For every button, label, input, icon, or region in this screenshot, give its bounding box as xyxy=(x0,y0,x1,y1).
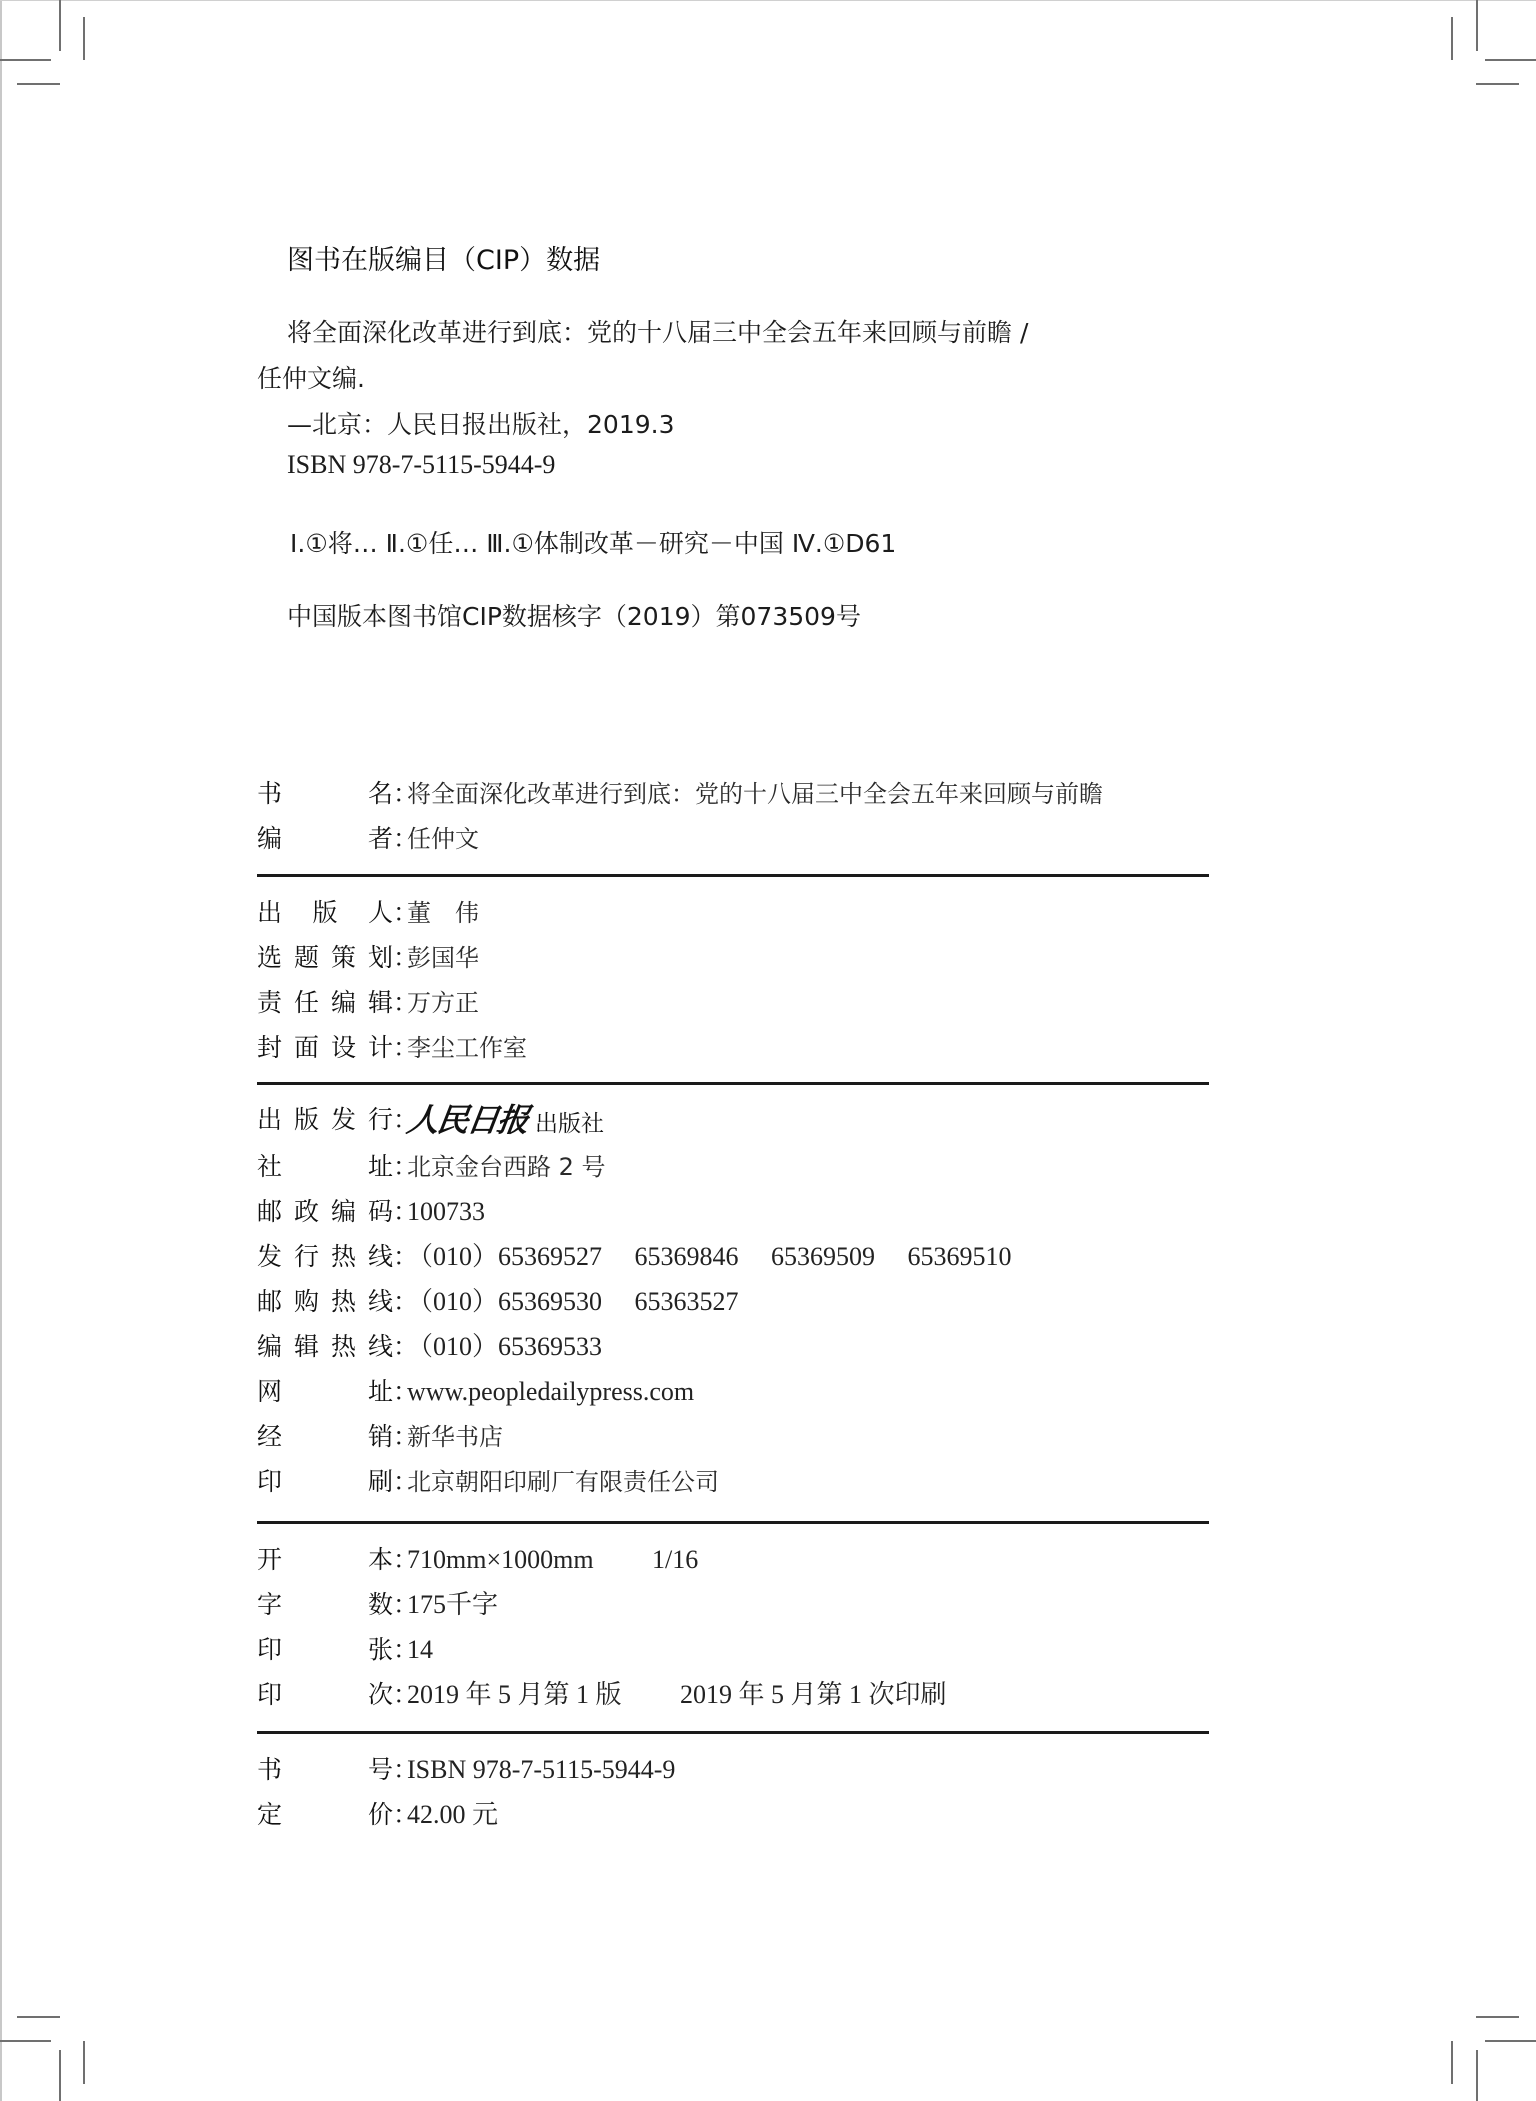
field-value: （010）65369533 xyxy=(407,1330,602,1364)
imprint-row-price: 定价：42.00 元 xyxy=(257,1798,498,1832)
field-label: 字数 xyxy=(257,1588,393,1622)
imprint-row-editor: 编者：任仲文 xyxy=(257,822,479,856)
field-value: 将全面深化改革进行到底：党的十八届三中全会五年来回顾与前瞻 xyxy=(407,777,1103,811)
field-value: 万方正 xyxy=(407,986,479,1020)
field-value: 42.00 元 xyxy=(407,1798,498,1832)
cip-title-line: 将全面深化改革进行到底：党的十八届三中全会五年来回顾与前瞻 / xyxy=(287,313,1028,349)
field-value: 北京朝阳印刷厂有限责任公司 xyxy=(407,1465,719,1499)
field-label: 发行热线 xyxy=(257,1240,393,1274)
field-label: 责任编辑 xyxy=(257,986,393,1020)
page-border xyxy=(0,0,2,2101)
field-label: 选题策划 xyxy=(257,941,393,975)
field-value: 新华书店 xyxy=(407,1420,503,1454)
field-label: 印次 xyxy=(257,1678,393,1712)
field-label: 编辑热线 xyxy=(257,1330,393,1364)
cip-publisher-line: —北京：人民日报出版社，2019.3 xyxy=(287,405,674,441)
page-border-top xyxy=(0,0,1536,1)
divider xyxy=(257,1082,1209,1085)
field-label: 封面设计 xyxy=(257,1031,393,1065)
cip-number-line: 中国版本图书馆CIP数据核字（2019）第073509号 xyxy=(287,597,861,633)
field-value: 175千字 xyxy=(407,1588,498,1622)
field-value: 2019 年 5 月第 1 版 2019 年 5 月第 1 次印刷 xyxy=(407,1678,947,1712)
imprint-row-website: 网址：www.peopledailypress.com xyxy=(257,1375,694,1409)
field-label: 定价 xyxy=(257,1798,393,1832)
imprint-row-distribution-hotline: 发行热线：（010）65369527 65369846 65369509 653… xyxy=(257,1240,1012,1274)
field-value: （010）65369530 65363527 xyxy=(407,1285,739,1319)
imprint-row-word-count: 字数：175千字 xyxy=(257,1588,498,1622)
imprint-row-planner: 选题策划：彭国华 xyxy=(257,941,479,975)
cip-heading: 图书在版编目（CIP）数据 xyxy=(287,238,600,277)
field-value: 彭国华 xyxy=(407,941,479,975)
field-value: 北京金台西路 2 号 xyxy=(407,1150,606,1184)
imprint-row-printed-sheets: 印张：14 xyxy=(257,1633,433,1667)
imprint-row-printer: 印刷：北京朝阳印刷厂有限责任公司 xyxy=(257,1465,719,1499)
imprint-row-editorial-hotline: 编辑热线：（010）65369533 xyxy=(257,1330,602,1364)
field-value: 任仲文 xyxy=(407,822,479,856)
field-label: 网址 xyxy=(257,1375,393,1409)
imprint-row-mail-order-hotline: 邮购热线：（010）65369530 65363527 xyxy=(257,1285,739,1319)
imprint-row-isbn: 书号：ISBN 978-7-5115-5944-9 xyxy=(257,1753,675,1787)
cip-classification-line: Ⅰ.①将… Ⅱ.①任… Ⅲ.①体制改革－研究－中国 Ⅳ.①D61 xyxy=(290,524,896,560)
field-label: 编者 xyxy=(257,822,393,856)
field-label: 出版人 xyxy=(257,896,393,930)
imprint-row-book-title: 书名：将全面深化改革进行到底：党的十八届三中全会五年来回顾与前瞻 xyxy=(257,777,1103,811)
people-daily-logo: 人民日报 xyxy=(404,1100,530,1140)
publisher-suffix: 出版社 xyxy=(535,1111,604,1137)
field-label: 社址 xyxy=(257,1150,393,1184)
field-value: ISBN 978-7-5115-5944-9 xyxy=(407,1753,675,1787)
cip-isbn-line: ISBN 978-7-5115-5944-9 xyxy=(287,450,555,480)
imprint-row-edition: 印次：2019 年 5 月第 1 版 2019 年 5 月第 1 次印刷 xyxy=(257,1678,947,1712)
divider xyxy=(257,1521,1209,1524)
field-label: 印刷 xyxy=(257,1465,393,1499)
field-label: 邮购热线 xyxy=(257,1285,393,1319)
field-value: （010）65369527 65369846 65369509 65369510 xyxy=(407,1240,1012,1274)
imprint-row-address: 社址：北京金台西路 2 号 xyxy=(257,1150,606,1184)
divider xyxy=(257,874,1209,877)
field-label: 印张 xyxy=(257,1633,393,1667)
field-label: 出版发行 xyxy=(257,1100,393,1140)
divider xyxy=(257,1731,1209,1734)
field-value: 董 伟 xyxy=(407,896,479,930)
cip-author-line: 任仲文编. xyxy=(257,359,365,395)
imprint-row-publisher: 出版发行：人民日报出版社 xyxy=(257,1100,604,1140)
website-link: www.peopledailypress.com xyxy=(407,1375,694,1409)
imprint-row-postal-code: 邮政编码：100733 xyxy=(257,1195,485,1229)
field-label: 邮政编码 xyxy=(257,1195,393,1229)
field-value: 100733 xyxy=(407,1195,485,1229)
field-value: 14 xyxy=(407,1633,433,1667)
field-value: 李尘工作室 xyxy=(407,1031,527,1065)
imprint-row-format: 开本：710mm×1000mm 1/16 xyxy=(257,1543,698,1577)
imprint-row-distributor: 经销：新华书店 xyxy=(257,1420,503,1454)
field-label: 经销 xyxy=(257,1420,393,1454)
imprint-row-responsible-editor: 责任编辑：万方正 xyxy=(257,986,479,1020)
field-label: 开本 xyxy=(257,1543,393,1577)
field-label: 书名 xyxy=(257,777,393,811)
imprint-row-cover-design: 封面设计：李尘工作室 xyxy=(257,1031,527,1065)
field-label: 书号 xyxy=(257,1753,393,1787)
field-value: 710mm×1000mm 1/16 xyxy=(407,1543,698,1577)
imprint-row-publisher-person: 出版人：董 伟 xyxy=(257,896,479,930)
